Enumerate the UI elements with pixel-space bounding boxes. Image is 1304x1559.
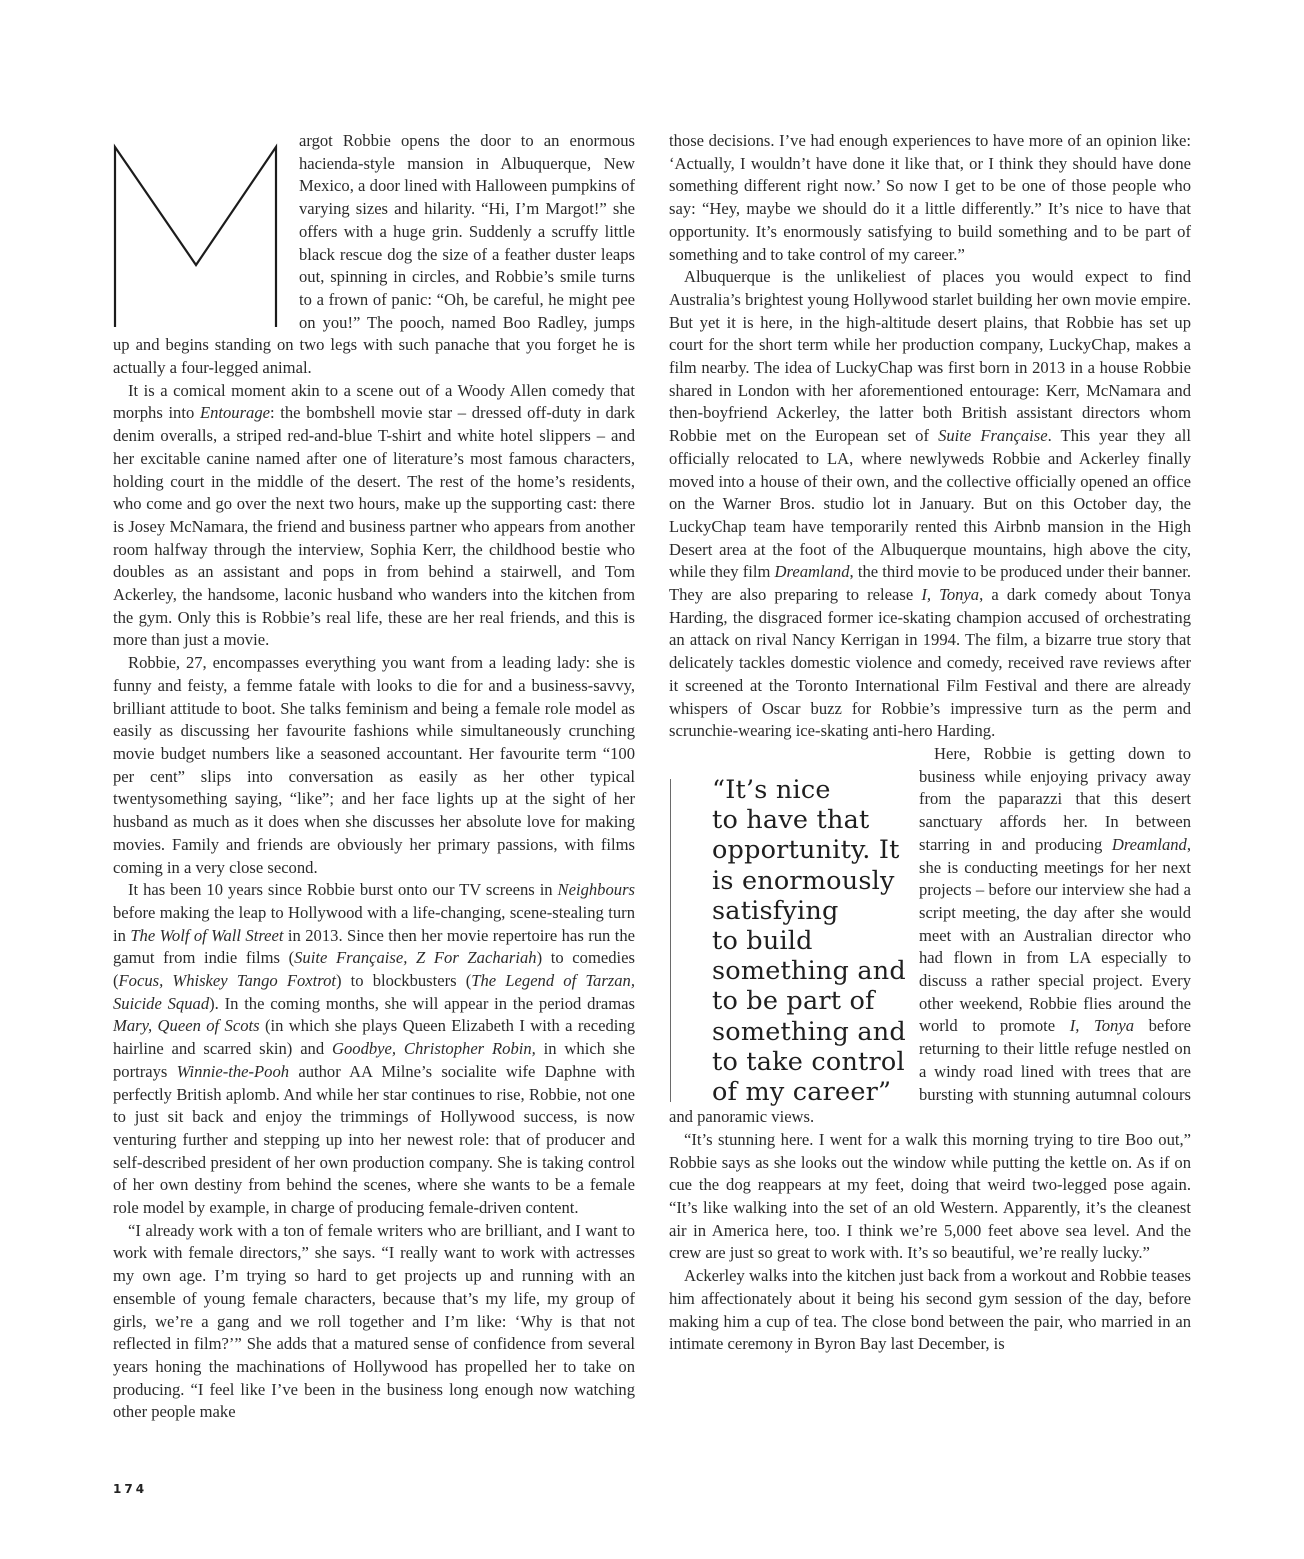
text-run: ). In the coming months, she will appear… [209,994,635,1013]
text-run: It has been 10 years since Robbie burst … [128,880,558,899]
pull-quote-line: to be part of [697,986,917,1016]
paragraph-continued: those decisions. I’ve had enough experie… [669,130,1191,266]
text-run: , a dark comedy about Tonya Harding, the… [669,585,1191,740]
paragraph: Robbie, 27, encompasses everything you w… [113,652,635,879]
article-column-right: those decisions. I’ve had enough experie… [669,130,1191,1356]
pull-quote: “It’s nice to have that opportunity. It … [697,775,917,1107]
pull-quote-line: to have that [697,805,917,835]
italic-title: Dreamland [1112,835,1187,854]
text-run: . This year they all officially relocate… [669,426,1191,581]
text-run: ) to blockbusters ( [336,971,471,990]
paragraph: “It’s nice to have that opportunity. It … [669,743,1191,1129]
italic-title: Entourage [200,403,270,422]
pull-quote-line: something and [697,1017,917,1047]
pull-quote-line: opportunity. It [697,835,917,865]
pull-quote-rule [670,779,671,1102]
paragraph: Albuquerque is the unlikeliest of places… [669,266,1191,743]
paragraph-opening: argot Robbie opens the door to an enormo… [113,130,635,380]
page-number: 174 [113,1482,147,1496]
pull-quote-line: to take control [697,1047,917,1077]
italic-title: I, Tonya [921,585,979,604]
text-run: author AA Milne’s socialite wife Daphne … [113,1062,635,1217]
drop-cap-spacer [113,130,299,334]
italic-title: Dreamland [775,562,850,581]
pull-quote-line: satisfying [697,896,917,926]
paragraph: Ackerley walks into the kitchen just bac… [669,1265,1191,1356]
paragraph: It has been 10 years since Robbie burst … [113,879,635,1220]
magazine-page: argot Robbie opens the door to an enormo… [0,0,1304,1559]
pull-quote-block: “It’s nice to have that opportunity. It … [669,743,919,1091]
italic-title: Mary, Queen of Scots [113,1016,260,1035]
text-run: , she is conducting meetings for her nex… [919,835,1191,1036]
text-run: : the bombshell movie star – dressed off… [113,403,635,649]
italic-title: I, Tonya [1070,1016,1134,1035]
italic-title: Suite Française [938,426,1048,445]
italic-title: Neighbours [558,880,635,899]
paragraph: It is a comical moment akin to a scene o… [113,380,635,652]
italic-title: Goodbye, Christopher Robin, [332,1039,536,1058]
pull-quote-line: of my career” [697,1077,917,1107]
paragraph: “It’s stunning here. I went for a walk t… [669,1129,1191,1265]
paragraph: “I already work with a ton of female wri… [113,1220,635,1424]
pull-quote-line: “It’s nice [697,775,917,805]
italic-title: The Wolf of Wall Street [130,926,283,945]
text-run: Albuquerque is the unlikeliest of places… [669,267,1191,445]
article-column-left: argot Robbie opens the door to an enormo… [113,130,635,1424]
italic-title: Focus, Whiskey Tango Foxtrot [119,971,336,990]
italic-title: Winnie-the-Pooh [177,1062,289,1081]
italic-title: Suite Française, Z For Zachariah [294,948,536,967]
pull-quote-line: to build [697,926,917,956]
pull-quote-line: something and [697,956,917,986]
pull-quote-line: is enormously [697,866,917,896]
